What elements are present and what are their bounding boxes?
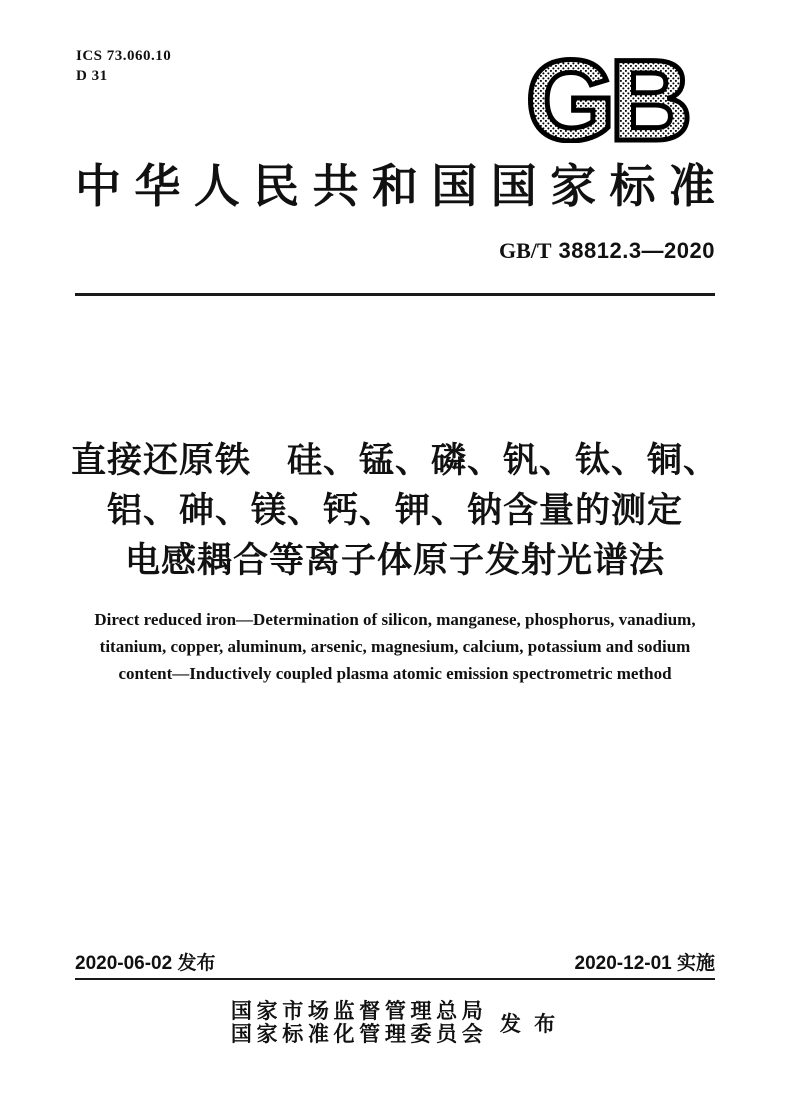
classification-code: D 31 — [76, 70, 171, 82]
standard-number-value: 38812.3—2020 — [559, 238, 715, 263]
standard-title-english: Direct reduced iron—Determination of sil… — [0, 606, 790, 687]
ics-code: ICS 73.060.10 — [76, 50, 171, 62]
issue-date: 2020-06-02 发布 — [75, 953, 215, 975]
gb-logo-text: GB — [526, 57, 687, 143]
bottom-divider — [75, 978, 715, 980]
implementation-date: 2020-12-01 实施 — [575, 953, 715, 975]
title-zh-line-1: 直接还原铁 硅、锰、磷、钒、钛、铜、 — [0, 436, 790, 486]
standard-number: GB/T38812.3—2020 — [499, 238, 715, 264]
top-divider — [75, 293, 715, 296]
publisher-block: 国家市场监督管理总局 国家标准化管理委员会 发 布 — [0, 1000, 790, 1046]
gb-logo: GB — [512, 57, 700, 143]
standard-title-chinese: 直接还原铁 硅、锰、磷、钒、钛、铜、 铝、砷、镁、钙、钾、钠含量的测定 电感耦合… — [0, 436, 790, 586]
publish-label: 发 布 — [500, 1008, 559, 1038]
publisher-names: 国家市场监督管理总局 国家标准化管理委员会 — [231, 1000, 483, 1046]
title-en-line-2: titanium, copper, aluminum, arsenic, mag… — [0, 633, 790, 660]
title-en-line-3: content—Inductively coupled plasma atomi… — [0, 660, 790, 687]
title-zh-line-3: 电感耦合等离子体原子发射光谱法 — [0, 536, 790, 586]
publisher-1: 国家市场监督管理总局 — [231, 1000, 483, 1023]
title-zh-line-2: 铝、砷、镁、钙、钾、钠含量的测定 — [0, 486, 790, 536]
standard-number-prefix: GB/T — [499, 238, 552, 263]
ics-block: ICS 73.060.10 D 31 — [76, 50, 171, 90]
date-row: 2020-06-02 发布 2020-12-01 实施 — [75, 953, 715, 975]
gb-logo-graphic: GB — [512, 57, 700, 143]
title-en-line-1: Direct reduced iron—Determination of sil… — [0, 606, 790, 633]
publisher-2: 国家标准化管理委员会 — [231, 1023, 483, 1046]
standard-cover-page: ICS 73.060.10 D 31 GB 中华人民共和国国家标准 GB/T38… — [0, 0, 790, 1116]
page-title: 中华人民共和国国家标准 — [75, 161, 715, 213]
